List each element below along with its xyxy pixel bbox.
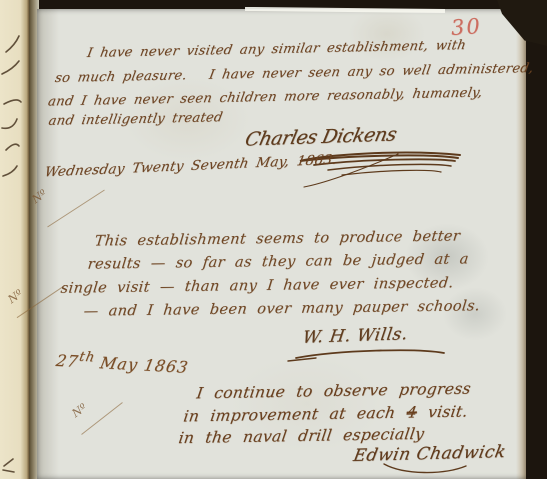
signature-tail-icon xyxy=(382,462,477,478)
facing-page-writing-fragments xyxy=(0,0,29,479)
manuscript-page-photo: 30 I have never visited any similar esta… xyxy=(0,0,547,479)
date-day: 27 xyxy=(55,351,81,371)
line-text: visit. xyxy=(416,403,469,422)
signature-underline-icon xyxy=(286,346,451,364)
facing-page-strip xyxy=(0,0,29,479)
wills-signature: W. H. Wills. xyxy=(301,324,409,348)
folio-number: 30 xyxy=(450,14,482,40)
